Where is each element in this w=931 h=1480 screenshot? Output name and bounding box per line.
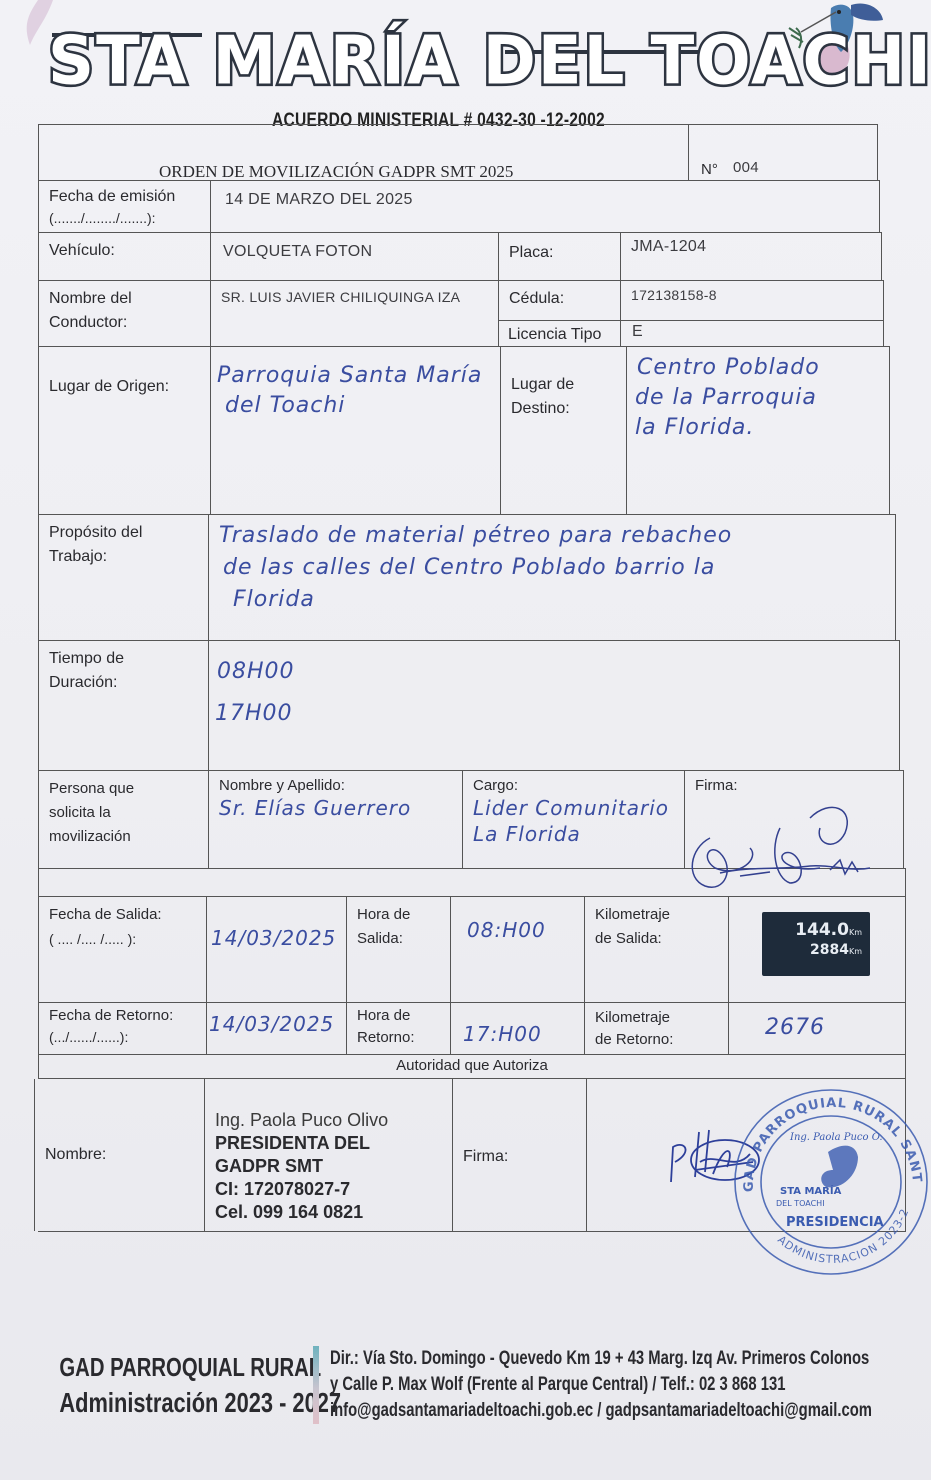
purpose-value-3: Florida	[233, 585, 315, 615]
duration-start: 08H00	[217, 657, 295, 687]
departure-km-label-2: de Salida:	[595, 927, 718, 951]
authority-phone: Cel. 099 164 0821	[215, 1201, 442, 1224]
license-label: Licencia Tipo	[508, 323, 601, 347]
plate-label: Placa:	[509, 241, 553, 265]
destination-value-3: la Florida.	[635, 413, 754, 443]
official-stamp: GAD PARROQUIAL RURAL SANTA MARÍA DEL TOA…	[728, 1082, 931, 1278]
authority-role: PRESIDENTA DEL	[215, 1132, 442, 1155]
odometer-trip: 144.0	[795, 920, 849, 940]
departure-time-label: Hora de	[357, 903, 440, 927]
stamp-role: PRESIDENCIA	[786, 1215, 884, 1230]
return-date-format: (.../....../......):	[49, 1027, 196, 1047]
odometer-unit: Km	[849, 928, 862, 937]
footer-contact: Dir.: Vía Sto. Domingo - Quevedo Km 19 +…	[330, 1346, 872, 1424]
departure-date-value: 14/03/2025	[211, 925, 336, 951]
odometer-photo: 144.0Km 2884Km	[762, 912, 870, 976]
order-number-value: 004	[733, 159, 759, 176]
requester-label-2: solicita la	[49, 801, 198, 825]
footer-emails[interactable]: info@gadsantamariadeltoachi.gob.ec / gad…	[330, 1398, 872, 1424]
return-time-value: 17:H00	[463, 1021, 542, 1047]
requester-signature-label: Firma:	[695, 777, 893, 795]
departure-time-value: 08:H00	[467, 917, 546, 943]
letterhead: STA MARÍA DEL TOACHI ACUERDO MINISTERIAL…	[0, 0, 931, 135]
return-date-label: Fecha de Retorno:	[49, 1005, 196, 1027]
return-time-label-2: Retorno:	[357, 1027, 440, 1049]
footer-address-1: Dir.: Vía Sto. Domingo - Quevedo Km 19 +…	[330, 1346, 872, 1372]
authority-name: Ing. Paola Puco Olivo	[215, 1109, 442, 1132]
odometer-unit-2: Km	[849, 947, 862, 956]
odometer-total: 2884	[810, 942, 849, 958]
brand-title: STA MARÍA DEL TOACHI	[48, 28, 931, 95]
purpose-label-2: Trabajo:	[49, 545, 198, 569]
duration-end: 17H00	[215, 699, 293, 729]
footer-administration: Administración 2023 - 2027	[59, 1387, 270, 1419]
return-km-label-2: de Retorno:	[595, 1029, 718, 1051]
purpose-value: Traslado de material pétreo para rebache…	[219, 521, 732, 551]
footer-address-2: y Calle P. Max Wolf (Frente al Parque Ce…	[330, 1372, 872, 1398]
cedula-value: 172138158-8	[631, 287, 717, 303]
departure-date-format: ( .... /.... /..... ):	[49, 927, 196, 951]
stamp-bird-icon	[821, 1137, 868, 1187]
stamp-name: Ing. Paola Puco O.	[789, 1132, 883, 1143]
vehicle-label: Vehículo:	[49, 239, 200, 263]
destination-label: Lugar de	[511, 373, 616, 397]
return-date-value: 14/03/2025	[209, 1011, 334, 1037]
authority-heading: Autoridad que Autoriza	[396, 1057, 548, 1074]
origin-label: Lugar de Origen:	[49, 375, 200, 399]
footer-org-name: GAD PARROQUIAL RURAL	[59, 1352, 270, 1383]
destination-value-2: de la Parroquia	[635, 383, 817, 413]
destination-value: Centro Poblado	[637, 353, 820, 383]
origin-value-2: del Toachi	[225, 391, 345, 421]
form-title: ORDEN DE MOVILIZACIÓN GADPR SMT 2025	[159, 162, 513, 182]
issue-date-label: Fecha de emisión	[49, 185, 200, 209]
requester-label-3: movilización	[49, 825, 198, 849]
footer-divider	[313, 1346, 319, 1424]
return-km-label: Kilometraje	[595, 1007, 718, 1029]
license-value: E	[632, 323, 643, 341]
issue-date-value: 14 DE MARZO DEL 2025	[225, 191, 413, 209]
requester-role-label: Cargo:	[473, 777, 674, 795]
vehicle-value: VOLQUETA FOTON	[223, 243, 372, 261]
return-time-label: Hora de	[357, 1005, 440, 1027]
order-number-label: N°	[701, 158, 718, 182]
driver-value: SR. LUIS JAVIER CHILIQUINGA IZA	[221, 289, 460, 305]
duration-label-2: Duración:	[49, 671, 198, 695]
authority-role-2: GADPR SMT	[215, 1155, 442, 1178]
authority-signature-label: Firma:	[463, 1145, 576, 1169]
authority-ci: CI: 172078027-7	[215, 1178, 442, 1201]
plate-value: JMA-1204	[631, 238, 706, 256]
authority-name-label: Nombre:	[45, 1143, 194, 1167]
requester-signature-icon	[680, 798, 880, 908]
requester-role-value: Lider Comunitario	[473, 795, 674, 821]
stamp-logo-2: DEL TOACHI	[776, 1199, 825, 1208]
footer-organization: GAD PARROQUIAL RURAL Administración 2023…	[0, 1352, 270, 1419]
driver-label: Nombre del	[49, 287, 200, 311]
requester-name-value: Sr. Elías Guerrero	[219, 795, 452, 821]
requester-name-label: Nombre y Apellido:	[219, 777, 452, 795]
origin-value: Parroquia Santa María	[217, 361, 482, 391]
duration-label: Tiempo de	[49, 647, 198, 671]
stamp-logo-1: STA MARÍA	[780, 1184, 842, 1197]
issue-date-format: (......./......../.......):	[49, 209, 200, 227]
destination-label-2: Destino:	[511, 397, 616, 421]
requester-label: Persona que	[49, 777, 198, 801]
purpose-label: Propósito del	[49, 521, 198, 545]
departure-time-label-2: Salida:	[357, 927, 440, 951]
cedula-label: Cédula:	[509, 287, 564, 311]
requester-role-value-2: La Florida	[473, 821, 674, 847]
departure-date-label: Fecha de Salida:	[49, 903, 196, 927]
purpose-value-2: de las calles del Centro Poblado barrio …	[223, 553, 715, 583]
return-km-value: 2676	[765, 1013, 825, 1043]
driver-label-2: Conductor:	[49, 311, 200, 335]
